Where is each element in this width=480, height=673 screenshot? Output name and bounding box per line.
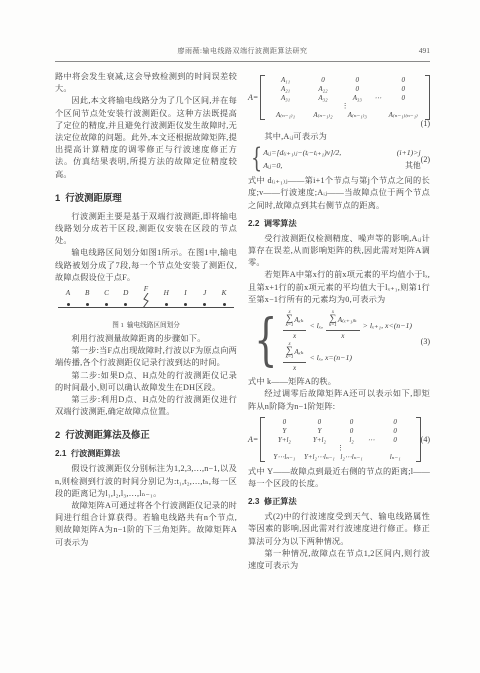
line-node: D [120, 289, 132, 316]
node-label: J [203, 289, 206, 298]
node-label: H [164, 289, 169, 298]
paragraph: 利用行波测量故障距离的步骤如下。 [55, 333, 237, 345]
matrix-cell: 0 [378, 427, 413, 435]
matrix-cell: lₙ₋₁ [378, 453, 413, 461]
matrix-cell: 0 [378, 418, 413, 426]
matrix: A₁₁ 0 0 0 A₂₁ A₂₂ 0 0 A₃₁ A₃₂ A₃₃ ⋯ [265, 74, 425, 121]
fault-point: F [139, 285, 153, 316]
matrix-vdots: ⋮ [268, 445, 412, 452]
relation: < lₓ, [309, 321, 323, 330]
matrix-cell: 0 [343, 85, 371, 93]
node-dot [165, 303, 168, 306]
fraction-denominator: x [283, 362, 307, 372]
case-line: Aᵢⱼ=0, 其他 [263, 160, 420, 171]
section-heading-1: 1 行波测距原理 [55, 190, 237, 204]
paragraph: 式中 d₍ᵢ₊₁₎ⱼ——第i+1个节点与第j个节点之间的长度;v——行波速度;A… [248, 175, 430, 212]
paragraph: 输电线路区间划分如图1所示。在图1中,输电线路被划分成了7段,每一个节点处安装了… [55, 247, 237, 284]
matrix-cell: 0 [343, 76, 371, 84]
subsection-heading-2-2: 2.2 调零算法 [248, 218, 430, 229]
matrix-cell: Y+l₂ [303, 436, 335, 444]
figure-1-canvas: A B C D [58, 289, 234, 316]
matrix-cell: Y+l₂ [268, 436, 300, 444]
matrix-cell: Y⋯lₙ₋₁ [268, 453, 300, 461]
header-rule [55, 61, 430, 62]
fraction: x ∑ k=1 Aₓₖ x [283, 343, 307, 372]
fraction: x ∑ k=1 Aₓₖ x [283, 311, 307, 340]
node-dot [105, 303, 108, 306]
node-label: C [104, 289, 109, 298]
sum-term: Aₓₖ [294, 347, 303, 356]
sum-lower-limit: k=1 [286, 324, 294, 329]
two-column-body: 路中将会发生衰减,这会导致检测到的时间误差较大。 因此,本文将输电线路分为了几个… [55, 71, 430, 572]
case-line: x ∑ k=1 Aₓₖ x < lₓ, x=(n−1) [282, 343, 421, 372]
node-label: D [123, 289, 128, 298]
matrix-cell: 0 [303, 418, 335, 426]
matrix-lhs: A= [248, 435, 258, 444]
node-dot [124, 303, 127, 306]
line-node: I [180, 289, 192, 316]
right-column: A= A₁₁ 0 0 0 A₂₁ A₂₂ 0 0 A₃₁ A₃₂ [248, 71, 430, 572]
paragraph: 行波测距主要是基于双端行波测距,即将输电线路划分成若干区段,测距仪安装在区段的节… [55, 211, 237, 248]
equation-1: A= A₁₁ 0 0 0 A₂₁ A₂₂ 0 0 A₃₁ A₃₂ [248, 74, 430, 128]
matrix-cell: 0 [268, 418, 300, 426]
page-number: 491 [419, 46, 430, 55]
left-brace: { [251, 147, 262, 171]
node-label: I [184, 289, 186, 298]
node-dot [67, 303, 70, 306]
equation-1-row: A= A₁₁ 0 0 0 A₂₁ A₂₂ 0 0 A₃₁ A₃₂ [248, 74, 430, 121]
paragraph: 若矩阵A中第x行的前x项元素的平均值小于lₓ,且第x+1行的前x项元素的平均值大… [248, 269, 430, 306]
matrix-cell: 0 [384, 94, 422, 102]
subsection-heading-2-3: 2.3 修正算法 [248, 496, 430, 507]
paragraph: 第二步:如果D点、H点处的行波测距仪记录的时间最小,则可以确认故障发生在DH区段… [55, 370, 237, 394]
matrix-cell: A₃₃ [343, 94, 371, 102]
matrix-cell: A₍ₙ₋₁₎₃ [343, 111, 371, 119]
paragraph: 第一种情况,故障点在节点1,2区间内,则行波速度可表示为 [248, 548, 430, 572]
matrix-cell: 0 [306, 76, 340, 84]
sum-term: Aₓₖ [294, 315, 303, 324]
case-line: x ∑ k=1 Aₓₖ x < lₓ, [282, 311, 421, 340]
matrix-cell: A₂₂ [306, 85, 340, 93]
matrix-cell: l₂ [338, 436, 364, 444]
case-expression: Aᵢⱼ=0, [263, 161, 282, 170]
paragraph: 第一步:当F点出现故障时,行波以F为原点向两端传播,各个行波测距仪记录行波到达的… [55, 345, 237, 369]
relation: < lₓ, x=(n−1) [309, 353, 351, 362]
paragraph: 因此,本文将输电线路分为了几个区间,并在每个区间节点处安装行波测距仪。这种方法既… [55, 95, 237, 180]
figure-1-caption: 图 1 输电线路区间划分 [55, 319, 237, 329]
matrix-cell: 0 [384, 85, 422, 93]
matrix-cell: A₍ₙ₋₁₎₂ [306, 111, 340, 119]
case-line: Aᵢⱼ=[d₍ᵢ₊₁₎ⱼ−(tᵢ−tᵢ₊₁)v]/2, (i+1)>j [263, 148, 420, 157]
matrix-cell: 0 [338, 427, 364, 435]
equation-2-cases: Aᵢⱼ=[d₍ᵢ₊₁₎ⱼ−(tᵢ−tᵢ₊₁)v]/2, (i+1)>j Aᵢⱼ=… [263, 146, 420, 172]
summation: x ∑ k=1 [286, 343, 294, 362]
line-node: K [218, 289, 230, 316]
line-node: H [160, 289, 172, 316]
matrix-cell: A₁₁ [268, 76, 302, 84]
matrix-cell: l₂⋯lₙ₋₁ [338, 453, 364, 461]
node-dot [184, 303, 187, 306]
matrix-cell: A₂₁ [268, 85, 302, 93]
equation-4-label: (4) [421, 435, 430, 444]
node-label: B [85, 289, 89, 298]
node-dot [203, 303, 206, 306]
matrix-vdots: ⋮ [268, 103, 422, 110]
line-node: J [199, 289, 211, 316]
matrix-cell: A₍ₙ₋₁₎₁ [268, 111, 302, 119]
left-column: 路中将会发生衰减,这会导致检测到的时间误差较大。 因此,本文将输电线路分为了几个… [55, 71, 237, 572]
fraction-numerator: x ∑ k=1 Aₓₖ [283, 311, 307, 331]
line-node: B [81, 289, 93, 316]
relation: > lₓ₊₁, x<(n−1) [363, 321, 412, 330]
fraction-numerator: x ∑ k=1 A₍ₓ₊₁₎ₖ [326, 311, 360, 331]
matrix-cell: 0 [338, 418, 364, 426]
paragraph: 受行波测距仪检测精度、噪声等的影响,Aᵢⱼ计算存在误差,从而影响矩阵的秩,因此需… [248, 233, 430, 270]
summation: x ∑ k=1 [286, 311, 294, 330]
fault-label: F [144, 285, 148, 293]
matrix-cell: ⋯ [368, 436, 375, 444]
fault-lightning-icon [141, 293, 151, 308]
paragraph: 路中将会发生衰减,这会导致检测到的时间误差较大。 [55, 71, 237, 95]
matrix-cell: Y [303, 427, 335, 435]
paragraph: 其中,Aᵢⱼ可表示为 [248, 131, 430, 143]
node-label: K [222, 289, 227, 298]
case-condition: (i+1)>j [393, 148, 421, 157]
paper-page: 廖雨薇:输电线路双端行波测距算法研究 491 路中将会发生衰减,这会导致检测到的… [0, 0, 480, 673]
left-brace: { [254, 316, 277, 366]
matrix-cell: 0 [384, 76, 422, 84]
case-expression: Aᵢⱼ=[d₍ᵢ₊₁₎ⱼ−(tᵢ−tᵢ₊₁)v]/2, [263, 148, 341, 157]
line-node: A [62, 289, 74, 316]
equation-3-label: (3) [421, 337, 430, 346]
case-condition: 其他 [401, 160, 421, 171]
matrix-cell: Y+l₂⋯lₙ₋₁ [303, 453, 335, 461]
subsection-heading-2-1: 2.1 行波测距算法 [55, 448, 237, 459]
right-bracket [425, 75, 430, 120]
matrix-cell: A₍ₙ₋₁₎₍ₙ₋₁₎ [384, 111, 422, 119]
sum-lower-limit: k=1 [329, 324, 337, 329]
paragraph: 式中 k——矩阵A的秩。 [248, 376, 430, 388]
figure-1: A B C D [55, 289, 237, 329]
matrix-cell: A₃₂ [306, 94, 340, 102]
equation-3: { x ∑ k=1 Aₓₖ x [248, 309, 430, 373]
running-header: 廖雨薇:输电线路双端行波测距算法研究 491 [55, 46, 430, 57]
matrix-lhs: A= [248, 93, 258, 102]
paragraph: 假设行波测距仪分别标注为1,2,3,…,n−1,以及n,则检测到行波的时间分别记… [55, 463, 237, 500]
equation-3-cases: x ∑ k=1 Aₓₖ x < lₓ, [282, 309, 421, 373]
equation-4: A= 0 0 0 0 Y Y 0 0 Y+l₂ Y+l₂ l₂ ⋯ [248, 416, 430, 463]
summation: x ∑ k=1 [329, 311, 337, 330]
matrix-cell: ⋯ [374, 94, 381, 102]
running-title: 廖雨薇:输电线路双端行波测距算法研究 [55, 46, 430, 56]
line-node: C [101, 289, 113, 316]
sum-term: A₍ₓ₊₁₎ₖ [338, 315, 357, 324]
node-label: A [66, 289, 70, 298]
fraction: x ∑ k=1 A₍ₓ₊₁₎ₖ x [326, 311, 360, 340]
fraction-denominator: x [283, 330, 307, 340]
paragraph: 故障矩阵A可通过将各个行波测距仪记录的时间进行组合计算获得。若输电线路共有n个节… [55, 500, 237, 549]
fraction-numerator: x ∑ k=1 Aₓₖ [283, 343, 307, 363]
fraction-denominator: x [326, 330, 360, 340]
node-dot [223, 303, 226, 306]
matrix-cell: Y [268, 427, 300, 435]
section-heading-2: 2 行波测距算法及修正 [55, 427, 237, 441]
matrix-cell: A₃₁ [268, 94, 302, 102]
paragraph: 式(2)中的行波速度受到天气、输电线路属性等因素的影响,因此需对行波速度进行修正… [248, 511, 430, 548]
figure-1-nodes: A B C D [62, 289, 230, 316]
paragraph: 式中 Y——故障点到最近右侧的节点的距离;l——每一个区段的长度。 [248, 466, 430, 490]
paragraph: 第三步:利用D点、H点处的行波测距仪进行双端行波测距,确定故障点位置。 [55, 394, 237, 418]
equation-2-label: (2) [421, 155, 430, 164]
paragraph: 经过调零后故障矩阵A还可以表示如下,即矩阵从n阶降为n−1阶矩阵: [248, 388, 430, 412]
node-dot [86, 303, 89, 306]
matrix-cell: 0 [378, 436, 413, 444]
sum-lower-limit: k=1 [286, 356, 294, 361]
equation-2: { Aᵢⱼ=[d₍ᵢ₊₁₎ⱼ−(tᵢ−tᵢ₊₁)v]/2, (i+1)>j Aᵢ… [248, 146, 430, 172]
matrix: 0 0 0 0 Y Y 0 0 Y+l₂ Y+l₂ l₂ ⋯ 0 ⋮ Y⋯l [265, 416, 415, 463]
